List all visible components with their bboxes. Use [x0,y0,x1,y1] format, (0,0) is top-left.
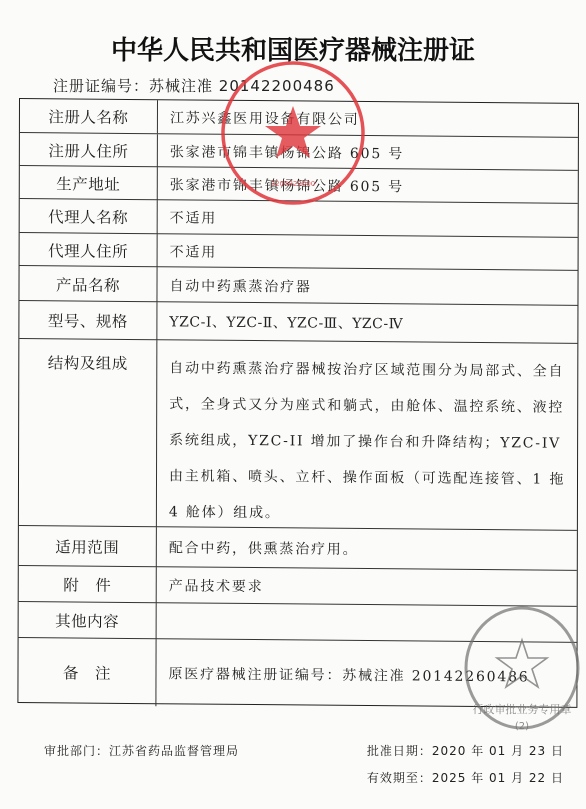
row-label: 注册人住所 [20,133,158,167]
row-label: 适用范围 [19,526,157,567]
row-value: 不适用 [158,234,578,271]
row-value: 配合中药，供熏蒸治疗用。 [157,527,577,571]
row-label: 其他内容 [19,602,157,639]
row-value: 原医疗器械注册证编号：苏械注准 20142260486 [156,639,576,710]
row-label: 型号、规格 [19,301,157,340]
document-title: 中华人民共和国医疗器械注册证 [0,30,586,67]
table-row-remarks: 备 注 原医疗器械注册证编号：苏械注准 20142260486 [18,637,576,710]
table-row-attachment: 附 件 产品技术要求 [19,565,577,607]
row-label: 生产地址 [20,166,158,200]
row-label: 代理人住所 [20,233,158,267]
row-value: 江苏兴鑫医用设备有限公司 [158,100,578,137]
valid-until: 有效期至：2025 年 01 月 22 日 [367,769,564,786]
row-value: 自动中药熏蒸治疗器械按治疗区域范围分为局部式、全自式，全身式又分为座式和躺式，由… [157,340,577,531]
row-value: YZC-Ⅰ、YZC-Ⅱ、YZC-Ⅲ、YZC-Ⅳ [157,302,577,344]
table-row-model-spec: 型号、规格 YZC-Ⅰ、YZC-Ⅱ、YZC-Ⅲ、YZC-Ⅳ [19,300,577,344]
seal-number: (2) [515,721,529,732]
registration-table: 注册人名称 江苏兴鑫医用设备有限公司 注册人住所 张家港市锦丰镇杨锦公路 605… [17,98,579,708]
cert-number: 注册证编号：苏械注准 20142200486 [53,75,335,96]
table-row-structure: 结构及组成 自动中药熏蒸治疗器械按治疗区域范围分为局部式、全自式，全身式又分为座… [19,338,577,531]
row-label: 注册人名称 [20,99,158,133]
row-value: 不适用 [158,200,578,238]
row-value: 张家港市锦丰镇杨锦公路 605 号 [158,167,578,204]
row-value: 张家港市锦丰镇杨锦公路 605 号 [158,134,578,171]
cert-number-label: 注册证编号： [53,77,149,95]
row-value: 自动中药熏蒸治疗器 [157,267,577,306]
row-label: 产品名称 [19,266,157,302]
approval-department: 审批部门：江苏省药品监督管理局 [44,742,239,759]
table-row-product-name: 产品名称 自动中药熏蒸治疗器 [19,265,577,306]
approval-date: 批准日期：2020 年 01 月 23 日 [367,742,564,759]
table-row-other: 其他内容 [19,601,577,643]
row-label: 备 注 [18,638,156,706]
cert-number-value: 苏械注准 20142200486 [149,77,335,95]
row-value: 产品技术要求 [157,567,577,607]
row-label: 附 件 [19,566,157,603]
row-label: 代理人名称 [20,199,158,234]
table-row-scope: 适用范围 配合中药，供熏蒸治疗用。 [19,525,577,571]
table-row-registrant-name: 注册人名称 江苏兴鑫医用设备有限公司 [20,99,578,137]
row-value [157,603,577,643]
row-label: 结构及组成 [19,339,157,527]
